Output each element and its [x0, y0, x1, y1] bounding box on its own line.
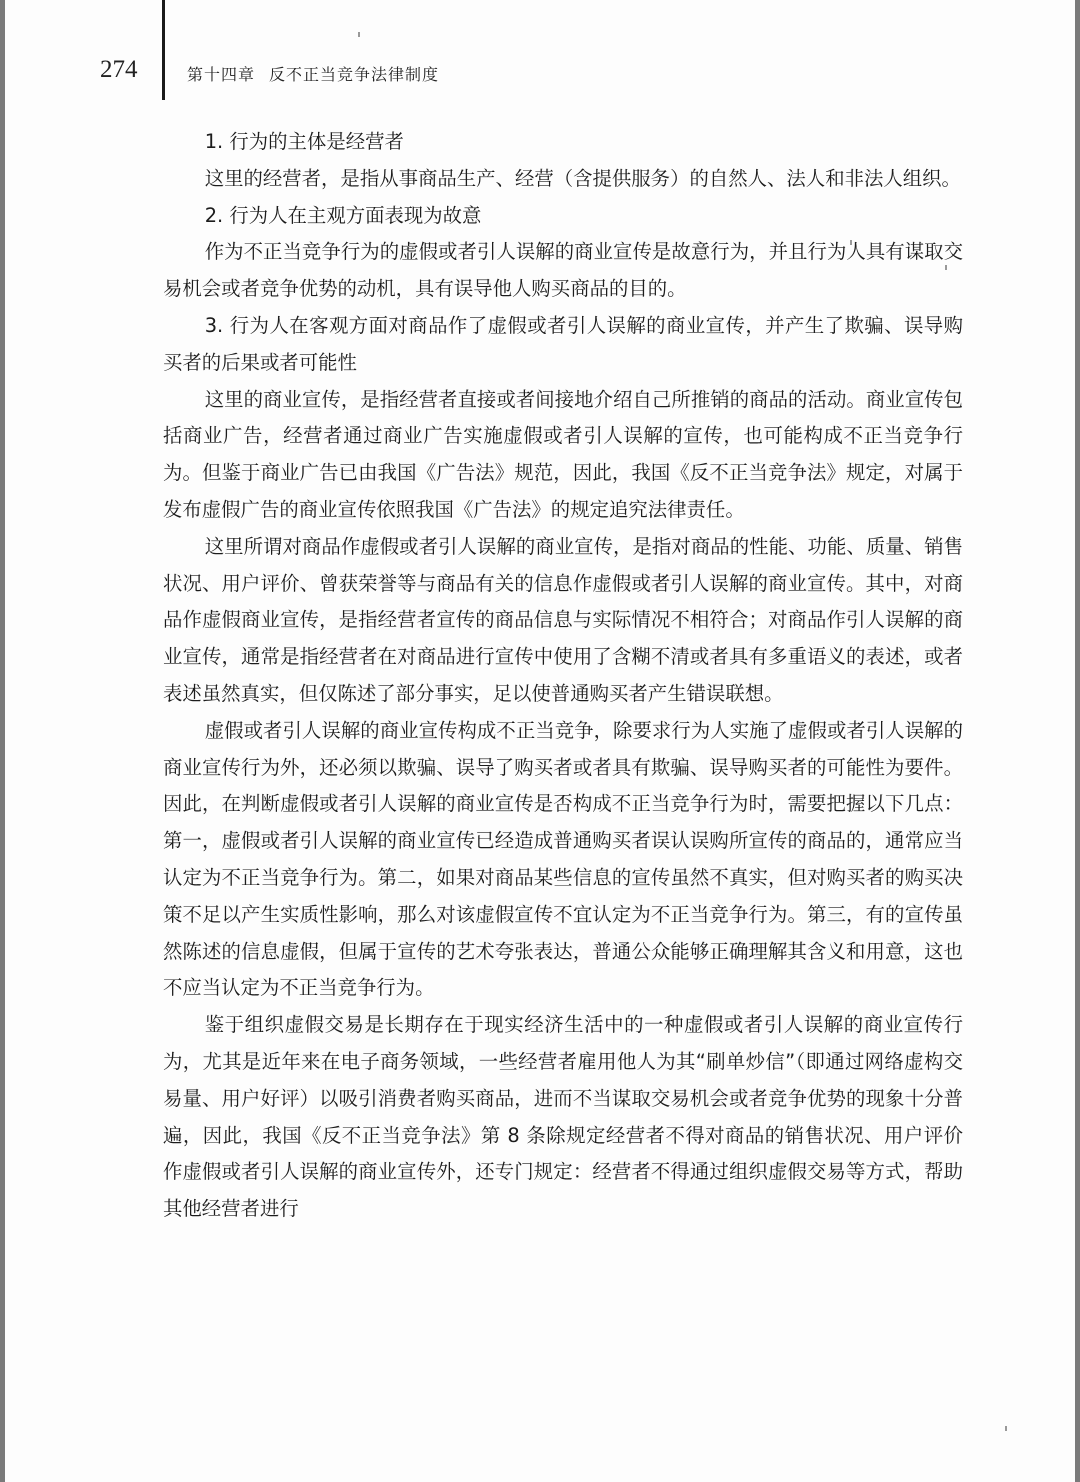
- scan-speck: [1005, 1426, 1007, 1431]
- paragraph: 这里的经营者，是指从事商品生产、经营（含提供服务）的自然人、法人和非法人组织。: [163, 161, 963, 198]
- header-vertical-rule: [162, 0, 165, 100]
- section-heading: 3. 行为人在客观方面对商品作了虚假或者引人误解的商业宣传，并产生了欺骗、误导购…: [163, 308, 963, 382]
- paragraph: 鉴于组织虚假交易是长期存在于现实经济生活中的一种虚假或者引人误解的商业宣传行为，…: [163, 1007, 963, 1228]
- scan-speck: [850, 240, 852, 245]
- scan-speck: [358, 32, 360, 37]
- body-text: 1. 行为的主体是经营者 这里的经营者，是指从事商品生产、经营（含提供服务）的自…: [163, 124, 963, 1228]
- chapter-number: 第十四章: [187, 65, 255, 84]
- scan-speck: [945, 265, 947, 270]
- running-head: 第十四章反不正当竞争法律制度: [187, 62, 439, 85]
- paragraph: 虚假或者引人误解的商业宣传构成不正当竞争，除要求行为人实施了虚假或者引人误解的商…: [163, 713, 963, 1007]
- section-heading: 1. 行为的主体是经营者: [163, 124, 963, 161]
- paragraph: 作为不正当竞争行为的虚假或者引人误解的商业宣传是故意行为，并且行为人具有谋取交易…: [163, 234, 963, 308]
- section-heading: 2. 行为人在主观方面表现为故意: [163, 198, 963, 235]
- page-number: 274: [100, 56, 138, 84]
- chapter-title: 反不正当竞争法律制度: [269, 65, 439, 84]
- paragraph: 这里的商业宣传，是指经营者直接或者间接地介绍自己所推销的商品的活动。商业宣传包括…: [163, 382, 963, 529]
- book-page: 274 第十四章反不正当竞争法律制度 1. 行为的主体是经营者 这里的经营者，是…: [5, 0, 1075, 1482]
- paragraph: 这里所谓对商品作虚假或者引人误解的商业宣传，是指对商品的性能、功能、质量、销售状…: [163, 529, 963, 713]
